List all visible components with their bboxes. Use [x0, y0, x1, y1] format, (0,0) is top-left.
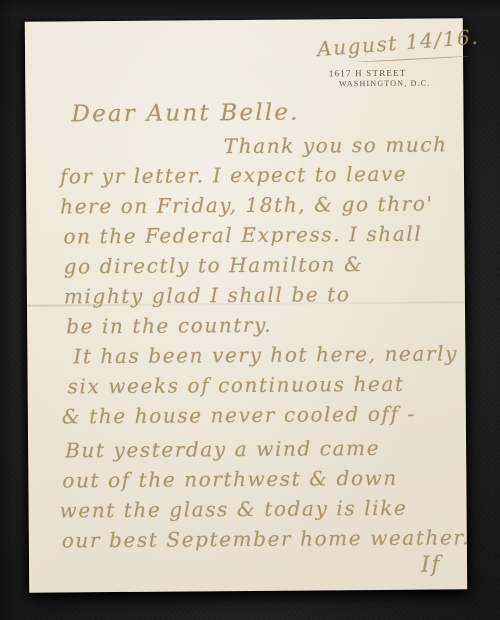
letter-line: on the Federal Express. I shall — [63, 222, 422, 249]
letter-line: go directly to Hamilton & — [64, 252, 364, 278]
catchword: If — [421, 552, 441, 577]
letter-line: Thank you so much — [224, 132, 448, 158]
photo-left-shade — [0, 0, 14, 620]
letter-line: be in the country. — [66, 313, 272, 339]
letterhead-city: WASHINGTON, D.C. — [275, 78, 460, 90]
letter-line: our best September home weather. — [62, 525, 471, 552]
letter-line: It has been very hot here, nearly — [73, 341, 458, 368]
handwritten-date: August 14/16. — [316, 25, 480, 62]
letter-line: six weeks of continuous heat — [68, 372, 405, 399]
letter-line: But yesterday a wind came — [65, 436, 380, 462]
letter-line: here on Friday, 18th, & go thro' — [60, 192, 434, 219]
letterhead: 1617 H STREET WASHINGTON, D.C. — [275, 66, 460, 90]
letter-line: mighty glad I shall be to — [64, 282, 351, 308]
letter-line: for yr letter. I expect to leave — [60, 162, 408, 189]
letter-line: out of the northwest & down — [62, 466, 398, 493]
letter-line: & the house never cooled off - — [62, 402, 416, 429]
salutation: Dear Aunt Belle. — [71, 100, 299, 128]
letter-line: went the glass & today is like — [60, 496, 408, 523]
photo-top-shade — [0, 0, 500, 16]
photo-background: August 14/16. 1617 H STREET WASHINGTON, … — [0, 0, 500, 620]
letter-paper: August 14/16. 1617 H STREET WASHINGTON, … — [25, 18, 467, 592]
date-underline-flourish — [357, 56, 469, 63]
